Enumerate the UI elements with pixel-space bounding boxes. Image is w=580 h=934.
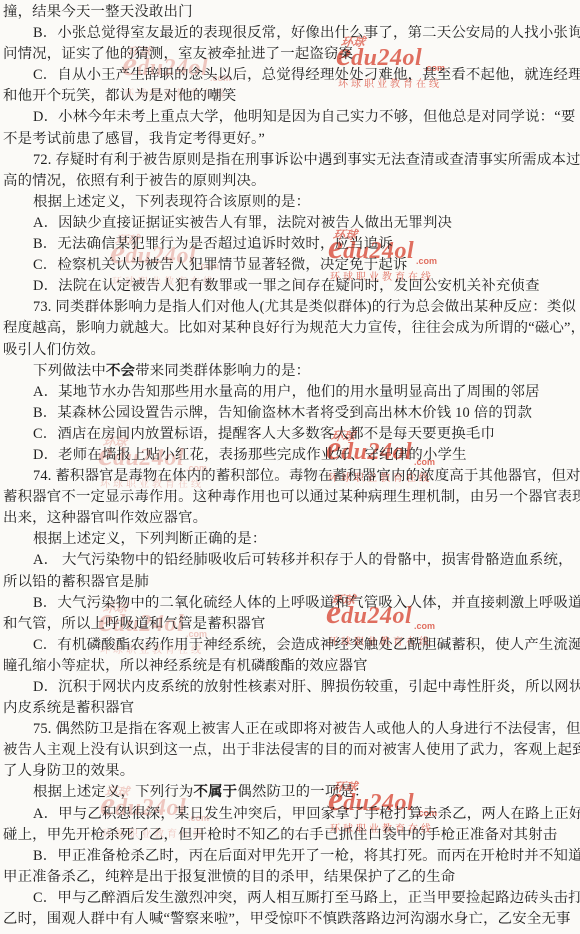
- text-line: C．甲与乙醉酒后发生激烈冲突，两人相互厮打至马路上，正当甲要捡起路边砖头击打: [3, 888, 577, 909]
- text-line: C．酒店在房间内放置标语，提醒客人大多数客人都不是每天要更换毛巾: [3, 424, 577, 445]
- text-line: 问情况，证实了他的猜测，室友被牵扯进了一起盗窃案: [3, 44, 577, 65]
- text-line: 瞳孔缩小等症状，所以神经系统是有机磷酸酯的效应器官: [3, 656, 577, 677]
- text-line: B．小张总觉得室友最近的表现很反常，好像出什么事了，第二天公安局的人找小张询: [3, 23, 577, 44]
- text-line: 根据上述定义，下列行为不属于偶然防卫的一项是：: [3, 782, 577, 803]
- text-line: 出来，这种器官叫作效应器官。: [3, 508, 577, 529]
- text-line: D．小林今年未考上重点大学，他明知是因为自己实力不够，但他总是对同学说：“要: [3, 107, 577, 128]
- text-line: 不是考试前患了感冒，我肯定考得更好。”: [3, 129, 577, 150]
- text-line: C．自从小王产生辞职的念头以后，总觉得经理处处刁难他，甚至看不起他，就连经理: [3, 65, 577, 86]
- text-line: B．某森林公园设置告示牌，告知偷盗林木者将受到高出林木价钱 10 倍的罚款: [3, 403, 577, 424]
- text-line: C．有机磷酸酯农药作用于神经系统，会造成神经突触处乙酰胆碱蓄积，使人产生流涎、: [3, 635, 577, 656]
- exam-text-block: 撞，结果今天一整天没敢出门B．小张总觉得室友最近的表现很反常，好像出什么事了，第…: [3, 2, 577, 930]
- text-line: 所以铅的蓄积器官是肺: [3, 572, 577, 593]
- text-line: 72. 存疑时有利于被告原则是指在刑事诉讼中遇到事实无法查清或查清事实所需成本过: [3, 150, 577, 171]
- text-line: 乙时，围观人群中有人喊“警察来啦”，甲受惊吓不慎跌落路边河沟溺水身亡，乙安全无事: [3, 909, 577, 930]
- text-line: 和气管，所以上呼吸道和气管是蓄积器官: [3, 614, 577, 635]
- text-line: 和他开个玩笑，都认为是对他的嘲笑: [3, 86, 577, 107]
- text-line: 根据上述定义，下列判断正确的是：: [3, 529, 577, 550]
- text-line: 高的情况，依照有利于被告的原则判决。: [3, 171, 577, 192]
- text-line: 73. 同类群体影响力是指人们对他人(尤其是类似群体)的行为总会做出某种反应：类…: [3, 297, 577, 318]
- text-line: 了人身防卫的效果。: [3, 761, 577, 782]
- text-line: A． 大气污染物中的铅经肺吸收后可转移并积存于人的骨骼中，损害骨骼造血系统，: [3, 550, 577, 571]
- text-line: 吸引人们仿效。: [3, 340, 577, 361]
- text-line: C．检察机关认为被告人犯罪情节显著轻微，决定免于起诉: [3, 255, 577, 276]
- text-line: 内皮系统是蓄积器官: [3, 698, 577, 719]
- text-line: 蓄积器官不一定显示毒作用。这种毒作用也可以通过某种病理生理机制，由另一个器官表现: [3, 487, 577, 508]
- text-line: A．甲与乙积怨很深，某日发生冲突后，甲回家拿了手枪打算去杀乙，两人在路上正好: [3, 804, 577, 825]
- text-line: 74. 蓄积器官是毒物在体内的蓄积部位。毒物在蓄积器官内的浓度高于其他器官，但对: [3, 466, 577, 487]
- text-line: D．老师在墙报上贴小红花，表扬那些完成作业好、守纪律的小学生: [3, 445, 577, 466]
- text-line: 75. 偶然防卫是指在客观上被害人正在或即将对被告人或他人的人身进行不法侵害，但: [3, 719, 577, 740]
- text-line: A．某地节水办告知那些用水量高的用户，他们的用水量明显高出了周围的邻居: [3, 382, 577, 403]
- text-line: 甲正准备杀乙，纯粹是出于报复泄愤的目的杀甲，结果保护了乙的生命: [3, 867, 577, 888]
- text-line: 程度越高，影响力就越大。比如对某种良好行为规范大力宣传，往往会成为所谓的“磁心”…: [3, 318, 577, 339]
- text-line: 撞，结果今天一整天没敢出门: [3, 2, 577, 23]
- text-line: D．沉积于网状内皮系统的放射性核素对肝、脾损伤较重，引起中毒性肝炎，所以网状: [3, 677, 577, 698]
- text-line: A．因缺少直接证据证实被告人有罪，法院对被告人做出无罪判决: [3, 213, 577, 234]
- text-line: 被告人主观上没有认识到这一点，出于非法侵害的目的而对被害人使用了武力，客观上起到: [3, 740, 577, 761]
- text-line: B．大气污染物中的二氧化硫经人体的上呼吸道和气管吸入人体，并直接刺激上呼吸道: [3, 593, 577, 614]
- text-line: D．法院在认定被告人犯有数罪或一罪之间存在疑问时，发回公安机关补充侦查: [3, 276, 577, 297]
- document-page: 环球edu24ol.com环球职业教育在线环球edu24ol.com环球职业教育…: [0, 0, 580, 934]
- text-line: 碰上，甲先开枪杀死了乙，但开枪时不知乙的右手已抓住口袋中的手枪正准备对其射击: [3, 825, 577, 846]
- text-line: B．无法确信某犯罪行为是否超过追诉时效时，应当追诉: [3, 234, 577, 255]
- text-line: 根据上述定义，下列表现符合该原则的是：: [3, 192, 577, 213]
- text-line: 下列做法中不会带来同类群体影响力的是：: [3, 361, 577, 382]
- text-line: B．甲正准备枪杀乙时，丙在后面对甲先开了一枪，将其打死。而丙在开枪时并不知道: [3, 846, 577, 867]
